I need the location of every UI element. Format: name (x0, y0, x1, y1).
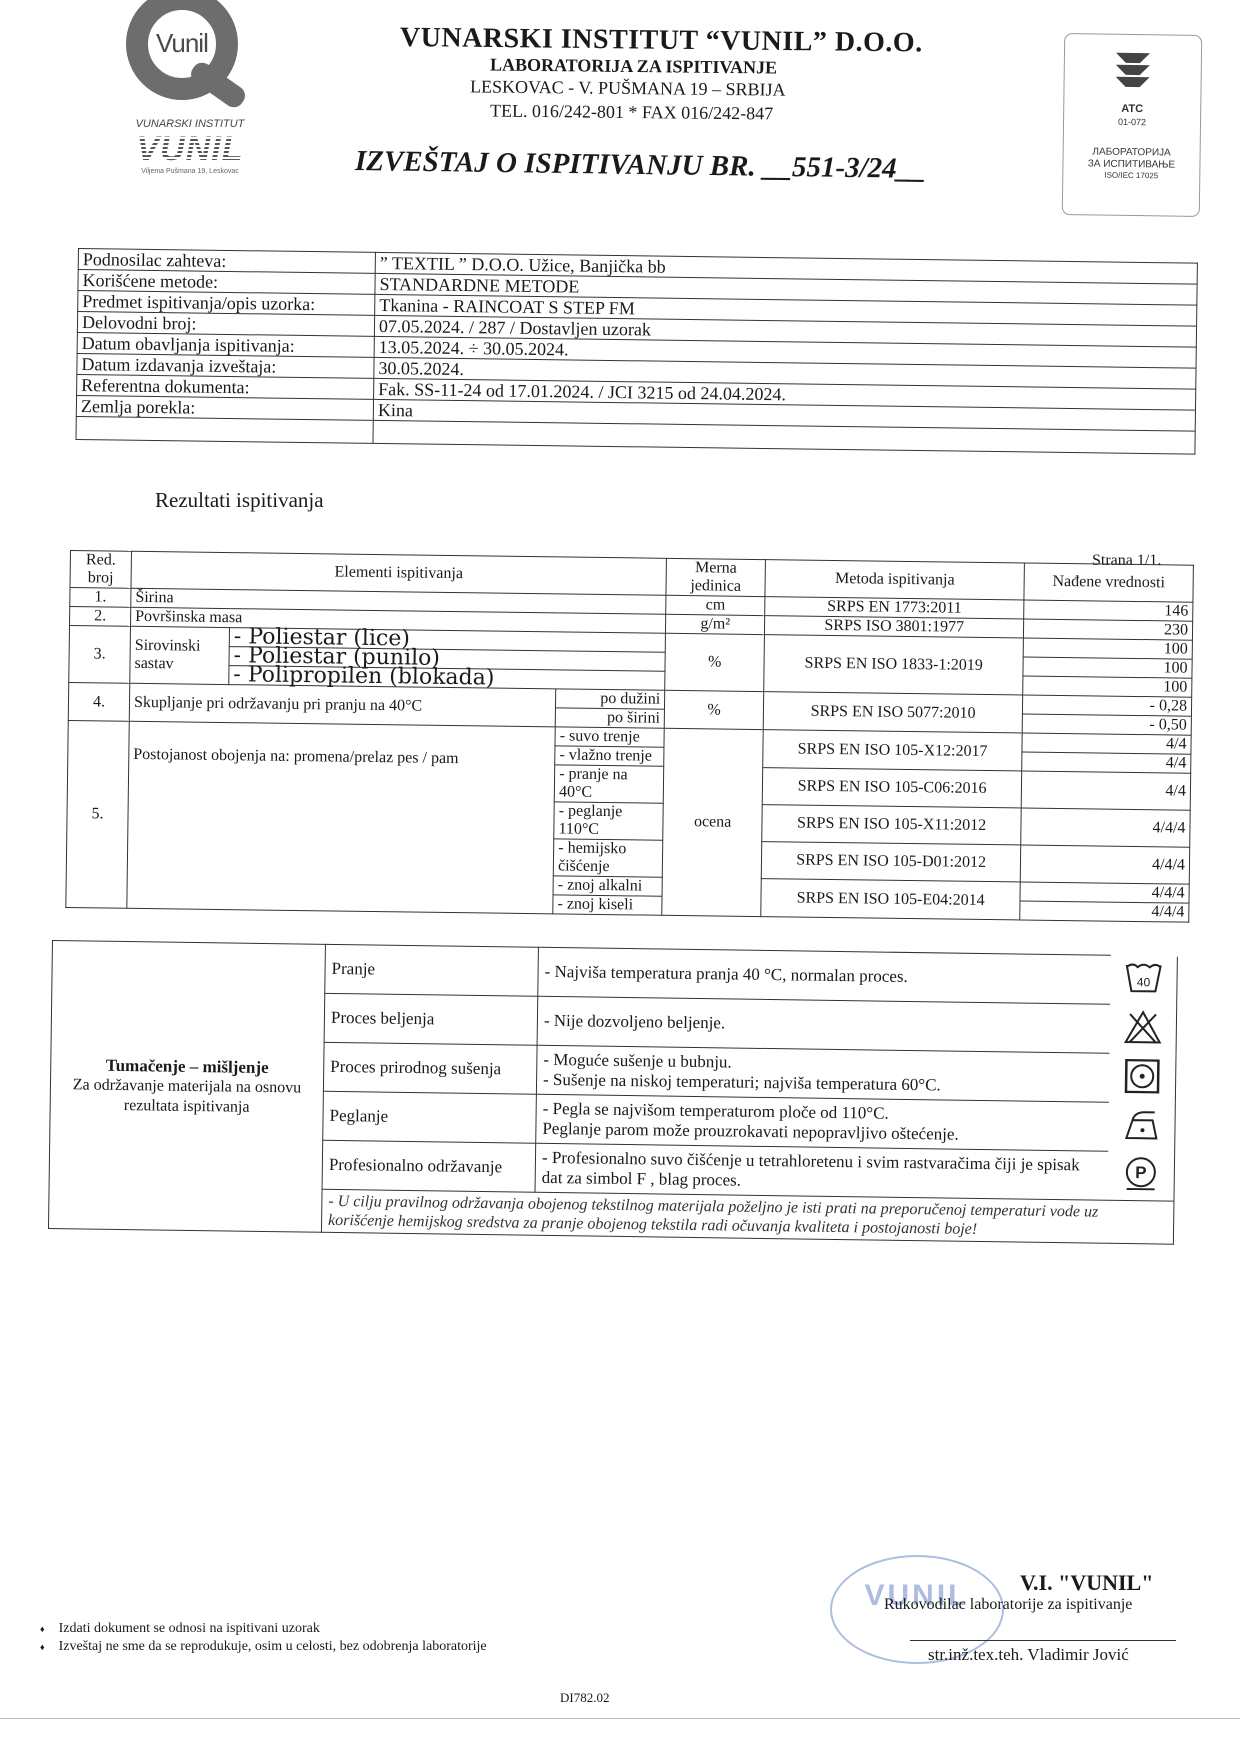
care-text: - Moguće sušenje u bubnju. - Sušenje na … (536, 1045, 1109, 1102)
logo-subtitle: VUNARSKI INSTITUT (120, 118, 260, 130)
header-method: Metoda ispitivanja (765, 560, 1024, 600)
row-value: 100 (1023, 676, 1192, 697)
row-value: 230 (1024, 619, 1193, 640)
row-method: SRPS EN ISO 105-X12:2017 (763, 730, 1022, 771)
row-value: 146 (1024, 600, 1193, 621)
care-label: Proces prirodnog sušenja (323, 1042, 537, 1094)
interpretation-row: Tumačenje – mišljenje Za održavanje mate… (52, 941, 1178, 1006)
row-subitem: po širini (555, 708, 664, 728)
institute-phone: TEL. 016/242-801 * FAX 016/242-847 (490, 101, 773, 125)
bottom-rule (0, 1718, 1240, 1719)
care-label: Proces beljenja (324, 993, 538, 1045)
institute-name: VUNARSKI INSTITUT “VUNIL” D.O.O. (400, 22, 923, 59)
report-info-table: Podnosilac zahteva: ” TEXTIL ” D.O.O. Už… (75, 248, 1197, 455)
row-no: 3. (69, 626, 131, 684)
atc-name: ATC (1064, 102, 1200, 116)
atc-iso: ISO/IEC 17025 (1063, 170, 1199, 181)
wash-40-icon: 40 (1124, 960, 1162, 995)
row-value: - 0,28 (1023, 695, 1192, 716)
care-text: - Profesionalno suvo čišćenje u tetrahlo… (535, 1143, 1108, 1200)
care-label: Profesionalno održavanje (322, 1140, 536, 1192)
row-value: 4/4 (1022, 733, 1191, 754)
row-method: SRPS EN ISO 105-C06:2016 (762, 768, 1021, 808)
svg-text:P: P (1135, 1163, 1147, 1182)
row-subitem: - znoj kiseli (553, 895, 662, 915)
accreditation-badge: ATC 01-072 ЛАБОРАТОРИЈА ЗА ИСПИТИВАЊЕ IS… (1062, 33, 1203, 217)
row-subitem: - peglanje 110°C (554, 802, 663, 840)
atc-number: 01-072 (1064, 116, 1200, 128)
logo-wordmark: VUNIL (120, 130, 260, 169)
row-unit: g/m² (666, 614, 765, 634)
row-group: Postojanost obojenja na: promena/prelaz … (127, 721, 556, 914)
dry-clean-p-icon: P (1122, 1156, 1160, 1191)
row-value: 4/4/4 (1021, 808, 1190, 847)
row-value: 4/4 (1021, 771, 1190, 810)
row-method: SRPS EN ISO 1833-1:2019 (764, 635, 1024, 695)
row-value: - 0,50 (1022, 714, 1191, 735)
row-unit: % (665, 633, 765, 691)
row-unit: cm (666, 595, 765, 615)
row-subitem: po dužini (556, 689, 665, 709)
row-value: 4/4/4 (1020, 901, 1189, 922)
signature-role: Rukovodilac laboratorije za ispitivanje (884, 1596, 1132, 1614)
row-value: 4/4 (1022, 752, 1191, 773)
logo-address: Viljema Pušmana 19, Leskovac (120, 168, 260, 175)
lab-name: LABORATORIJA ZA ISPITIVANJE (490, 54, 777, 78)
signature-line (910, 1640, 1176, 1641)
results-title: Rezultati ispitivanja (155, 488, 324, 513)
document-id: DI782.02 (560, 1690, 609, 1706)
row-method: SRPS EN ISO 105-D01:2012 (761, 842, 1020, 882)
footer-note: Izveštaj ne sme da se reprodukuje, osim … (40, 1638, 487, 1656)
row-unit: % (664, 690, 763, 729)
results-table: Red. broj Elementi ispitivanja Merna jed… (65, 550, 1194, 923)
signature-org: V.I. "VUNIL" (1020, 1570, 1153, 1596)
care-text: - Najviša temperatura pranja 40 °C, norm… (538, 947, 1111, 1004)
row-no: 1. (70, 588, 131, 608)
interpretation-subtitle: Za održavanje materijala na osnovu rezul… (57, 1075, 318, 1119)
report-title: IZVEŠTAJ O ISPITIVANJU BR. __551-3/24__ (355, 145, 926, 186)
row-unit: ocena (662, 728, 763, 916)
interpretation-heading: Tumačenje – mišljenje Za održavanje mate… (48, 941, 325, 1233)
tumble-dry-low-icon (1123, 1058, 1161, 1093)
row-no: 4. (68, 682, 129, 721)
header-value: Nađene vrednosti (1024, 563, 1193, 602)
row-no: 2. (70, 607, 131, 627)
header-no: Red. broj (70, 551, 131, 589)
header-unit: Merna jedinica (666, 558, 765, 596)
no-bleach-icon (1124, 1009, 1162, 1044)
iron-low-icon (1122, 1107, 1160, 1142)
svg-text:40: 40 (1137, 975, 1151, 989)
footer-notes: Izdati dokument se odnosi na ispitivani … (40, 1620, 487, 1656)
vunil-q-logo: Vunil (118, 0, 258, 118)
row-value: 4/4/4 (1020, 882, 1189, 903)
row-no: 5. (66, 720, 129, 908)
row-subitem: - suvo trenje (555, 727, 664, 747)
atc-mark-icon (1115, 53, 1150, 93)
row-subitem: - znoj alkalni (553, 876, 662, 896)
care-label: Pranje (325, 944, 539, 996)
row-method: SRPS EN ISO 105-E04:2014 (761, 879, 1020, 920)
care-label: Peglanje (323, 1091, 537, 1143)
care-text: - Pegla se najvišom temperaturom ploče o… (536, 1094, 1109, 1151)
row-subitem: - vlažno trenje (555, 746, 664, 766)
row-value: 100 (1023, 638, 1192, 659)
interpretation-table: Tumačenje – mišljenje Za održavanje mate… (48, 940, 1178, 1245)
row-subitem: - hemijsko čišćenje (553, 839, 662, 877)
row-method: SRPS EN ISO 105-X11:2012 (762, 805, 1021, 845)
footer-note: Izdati dokument se odnosi na ispitivani … (40, 1620, 487, 1638)
care-text: - Nije dozvoljeno beljenje. (537, 996, 1110, 1053)
row-value: 100 (1023, 657, 1192, 678)
row-value: 4/4/4 (1020, 845, 1189, 884)
row-method: SRPS EN ISO 5077:2010 (763, 692, 1022, 733)
logo-word: Vunil (156, 28, 208, 59)
info-empty (76, 416, 373, 443)
row-group: Sirovinski sastav (130, 626, 230, 684)
row-subitem: - pranje na 40°C (554, 765, 663, 803)
signature-name: str.inž.tex.teh. Vladimir Jović (928, 1645, 1129, 1665)
institute-address: LESKOVAC - V. PUŠMANA 19 – SRBIJA (470, 76, 786, 100)
